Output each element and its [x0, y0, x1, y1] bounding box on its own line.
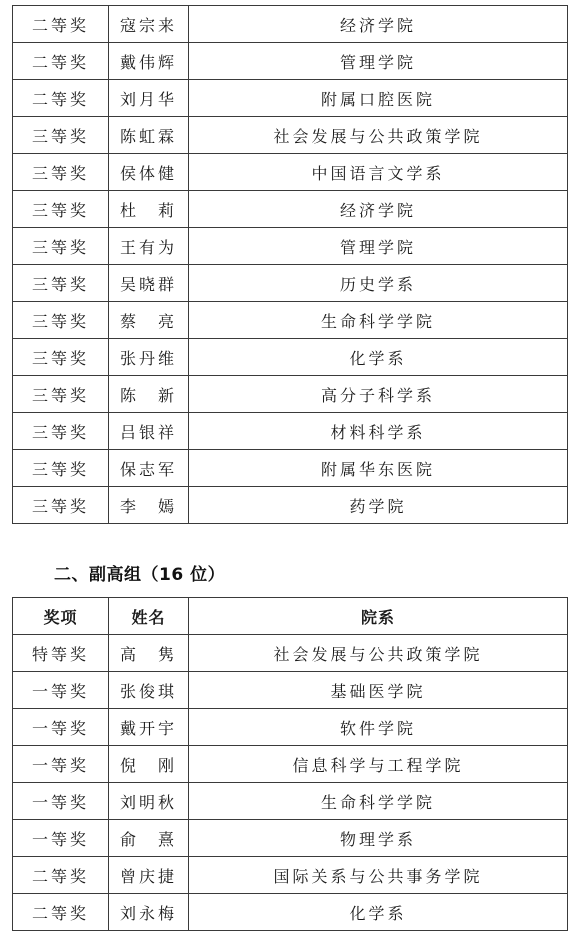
- award-table-1-body: 二等奖寇宗来经济学院二等奖戴伟辉管理学院二等奖刘月华附属口腔医院三等奖陈虹霖社会…: [13, 6, 568, 524]
- name-cell: 刘月华: [109, 80, 189, 117]
- name-cell: 陈 新: [109, 376, 189, 413]
- table-row: 二等奖戴伟辉管理学院: [13, 43, 568, 80]
- name-cell: 侯体健: [109, 154, 189, 191]
- department-cell: 生命科学学院: [189, 302, 568, 339]
- department-cell: 物理学系: [189, 820, 568, 857]
- department-cell: 基础医学院: [189, 672, 568, 709]
- table-row: 三等奖保志军附属华东医院: [13, 450, 568, 487]
- department-cell: 化学系: [189, 339, 568, 376]
- name-cell: 戴开宇: [109, 709, 189, 746]
- table-row: 一等奖倪 刚信息科学与工程学院: [13, 746, 568, 783]
- name-cell: 李 嫣: [109, 487, 189, 524]
- award-cell: 一等奖: [13, 783, 109, 820]
- name-cell: 吴晓群: [109, 265, 189, 302]
- award-cell: 三等奖: [13, 339, 109, 376]
- table-row: 三等奖吴晓群历史学系: [13, 265, 568, 302]
- department-cell: 附属口腔医院: [189, 80, 568, 117]
- award-cell: 一等奖: [13, 820, 109, 857]
- award-table-1: 二等奖寇宗来经济学院二等奖戴伟辉管理学院二等奖刘月华附属口腔医院三等奖陈虹霖社会…: [12, 5, 568, 524]
- table-row: 二等奖曾庆捷国际关系与公共事务学院: [13, 857, 568, 894]
- award-table-2-body: 特等奖高 隽社会发展与公共政策学院一等奖张俊琪基础医学院一等奖戴开宇软件学院一等…: [13, 635, 568, 931]
- award-cell: 一等奖: [13, 672, 109, 709]
- header-award: 奖项: [13, 598, 109, 635]
- name-cell: 张丹维: [109, 339, 189, 376]
- department-cell: 历史学系: [189, 265, 568, 302]
- table-row: 三等奖吕银祥材料科学系: [13, 413, 568, 450]
- table-row: 三等奖陈 新高分子科学系: [13, 376, 568, 413]
- table-header-row: 奖项 姓名 院系: [13, 598, 568, 635]
- award-cell: 二等奖: [13, 857, 109, 894]
- name-cell: 吕银祥: [109, 413, 189, 450]
- award-cell: 三等奖: [13, 117, 109, 154]
- department-cell: 国际关系与公共事务学院: [189, 857, 568, 894]
- award-cell: 三等奖: [13, 376, 109, 413]
- department-cell: 中国语言文学系: [189, 154, 568, 191]
- name-cell: 蔡 亮: [109, 302, 189, 339]
- name-cell: 曾庆捷: [109, 857, 189, 894]
- award-table-2: 奖项 姓名 院系 特等奖高 隽社会发展与公共政策学院一等奖张俊琪基础医学院一等奖…: [12, 597, 568, 931]
- award-cell: 三等奖: [13, 302, 109, 339]
- table-row: 三等奖李 嫣药学院: [13, 487, 568, 524]
- name-cell: 高 隽: [109, 635, 189, 672]
- department-cell: 材料科学系: [189, 413, 568, 450]
- award-cell: 三等奖: [13, 228, 109, 265]
- name-cell: 寇宗来: [109, 6, 189, 43]
- table-row: 三等奖陈虹霖社会发展与公共政策学院: [13, 117, 568, 154]
- department-cell: 高分子科学系: [189, 376, 568, 413]
- award-cell: 三等奖: [13, 191, 109, 228]
- department-cell: 药学院: [189, 487, 568, 524]
- award-cell: 二等奖: [13, 43, 109, 80]
- table-row: 二等奖刘月华附属口腔医院: [13, 80, 568, 117]
- department-cell: 管理学院: [189, 43, 568, 80]
- table-row: 三等奖王有为管理学院: [13, 228, 568, 265]
- award-cell: 三等奖: [13, 413, 109, 450]
- name-cell: 戴伟辉: [109, 43, 189, 80]
- table-row: 一等奖俞 熹物理学系: [13, 820, 568, 857]
- award-cell: 特等奖: [13, 635, 109, 672]
- award-cell: 三等奖: [13, 265, 109, 302]
- table-row: 二等奖刘永梅化学系: [13, 894, 568, 931]
- name-cell: 张俊琪: [109, 672, 189, 709]
- name-cell: 杜 莉: [109, 191, 189, 228]
- award-cell: 三等奖: [13, 154, 109, 191]
- table-row: 一等奖刘明秋生命科学学院: [13, 783, 568, 820]
- table-row: 三等奖杜 莉经济学院: [13, 191, 568, 228]
- name-cell: 刘永梅: [109, 894, 189, 931]
- department-cell: 生命科学学院: [189, 783, 568, 820]
- table-row: 特等奖高 隽社会发展与公共政策学院: [13, 635, 568, 672]
- department-cell: 附属华东医院: [189, 450, 568, 487]
- award-cell: 一等奖: [13, 746, 109, 783]
- header-name: 姓名: [109, 598, 189, 635]
- department-cell: 信息科学与工程学院: [189, 746, 568, 783]
- department-cell: 社会发展与公共政策学院: [189, 117, 568, 154]
- name-cell: 保志军: [109, 450, 189, 487]
- award-cell: 一等奖: [13, 709, 109, 746]
- table-row: 一等奖张俊琪基础医学院: [13, 672, 568, 709]
- award-cell: 三等奖: [13, 450, 109, 487]
- department-cell: 软件学院: [189, 709, 568, 746]
- award-cell: 三等奖: [13, 487, 109, 524]
- name-cell: 倪 刚: [109, 746, 189, 783]
- award-cell: 二等奖: [13, 80, 109, 117]
- table-row: 三等奖蔡 亮生命科学学院: [13, 302, 568, 339]
- table-row: 二等奖寇宗来经济学院: [13, 6, 568, 43]
- department-cell: 经济学院: [189, 6, 568, 43]
- header-department: 院系: [189, 598, 568, 635]
- name-cell: 陈虹霖: [109, 117, 189, 154]
- table-row: 一等奖戴开宇软件学院: [13, 709, 568, 746]
- table-row: 三等奖侯体健中国语言文学系: [13, 154, 568, 191]
- department-cell: 管理学院: [189, 228, 568, 265]
- table-row: 三等奖张丹维化学系: [13, 339, 568, 376]
- award-cell: 二等奖: [13, 6, 109, 43]
- section-heading-associate-senior: 二、副高组（16 位）: [54, 560, 225, 585]
- name-cell: 刘明秋: [109, 783, 189, 820]
- award-cell: 二等奖: [13, 894, 109, 931]
- department-cell: 社会发展与公共政策学院: [189, 635, 568, 672]
- name-cell: 俞 熹: [109, 820, 189, 857]
- department-cell: 经济学院: [189, 191, 568, 228]
- department-cell: 化学系: [189, 894, 568, 931]
- name-cell: 王有为: [109, 228, 189, 265]
